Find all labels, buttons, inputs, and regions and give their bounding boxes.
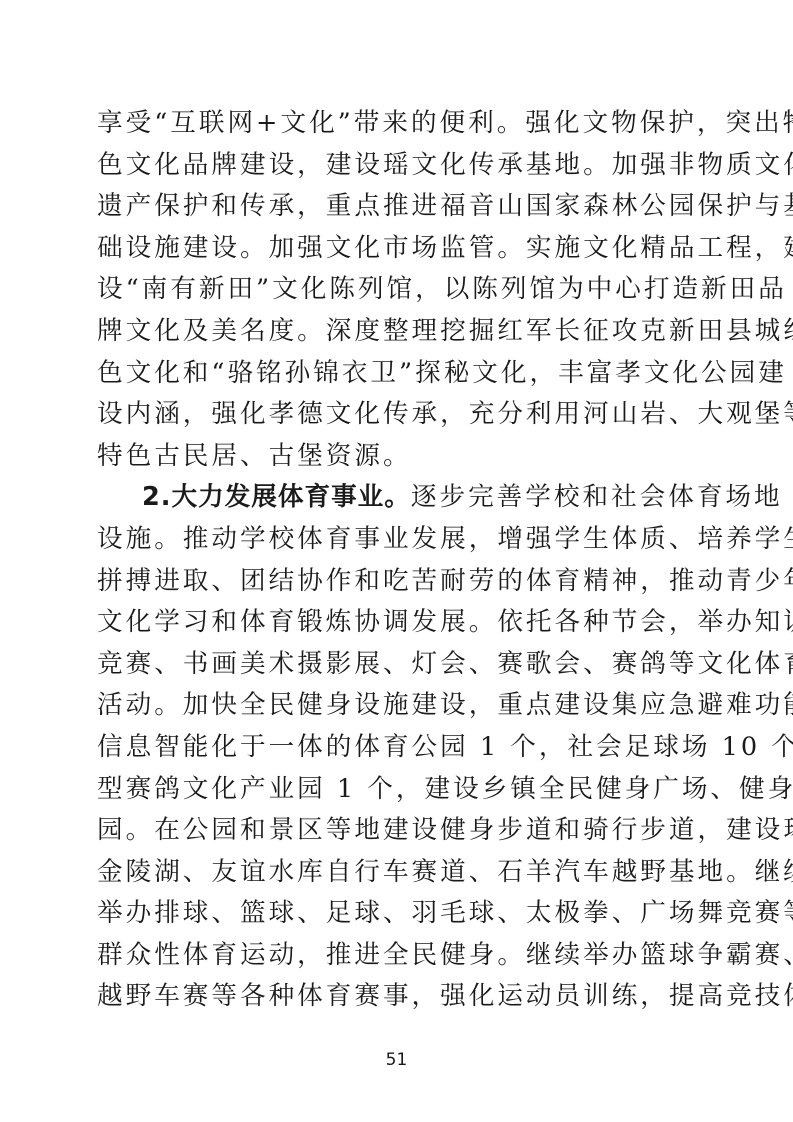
paragraph-sports: 2.大力发展体育事业。逐步完善学校和社会体育场地 设施。推动学校体育事业发展，增… [97, 477, 703, 1018]
text-line: 群众性体育运动，推进全民健身。继续举办篮球争霸赛、 [97, 935, 703, 977]
text-line: 础设施建设。加强文化市场监管。实施文化精品工程，建 [97, 228, 703, 270]
text-line: 设内涵，强化孝德文化传承，充分利用河山岩、大观堡等 [97, 394, 703, 436]
text-line: 拼搏进取、团结协作和吃苦耐劳的体育精神，推动青少年 [97, 561, 703, 603]
text-line: 牌文化及美名度。深度整理挖掘红军长征攻克新田县城红 [97, 311, 703, 353]
text-line: 竞赛、书画美术摄影展、灯会、赛歌会、赛鸽等文化体育 [97, 644, 703, 686]
text-line: 金陵湖、友谊水库自行车赛道、石羊汽车越野基地。继续 [97, 852, 703, 894]
body-text: 享受“互联网+文化”带来的便利。强化文物保护，突出特 色文化品牌建设，建设瑶文化… [97, 103, 703, 1018]
document-page: 享受“互联网+文化”带来的便利。强化文物保护，突出特 色文化品牌建设，建设瑶文化… [0, 0, 793, 1122]
text-line: 享受“互联网+文化”带来的便利。强化文物保护，突出特 [97, 103, 703, 145]
text-line: 越野车赛等各种体育赛事，强化运动员训练，提高竞技体 [97, 976, 703, 1018]
paragraph-culture: 享受“互联网+文化”带来的便利。强化文物保护，突出特 色文化品牌建设，建设瑶文化… [97, 103, 703, 477]
text-line: 设施。推动学校体育事业发展，增强学生体质、培养学生 [97, 519, 703, 561]
heading-line-text: 逐步完善学校和社会体育场地 [411, 482, 783, 512]
text-line: 设“南有新田”文化陈列馆，以陈列馆为中心打造新田品 [97, 269, 703, 311]
section-heading: 2.大力发展体育事业。 [142, 482, 411, 512]
text-line: 型赛鸽文化产业园 1 个，建设乡镇全民健身广场、健身公 [97, 769, 703, 811]
text-line: 园。在公园和景区等地建设健身步道和骑行步道，建设环 [97, 810, 703, 852]
text-line: 文化学习和体育锻炼协调发展。依托各种节会，举办知识 [97, 602, 703, 644]
text-line: 遗产保护和传承，重点推进福音山国家森林公园保护与基 [97, 186, 703, 228]
text-line: 特色古民居、古堡资源。 [97, 436, 703, 478]
text-line: 信息智能化于一体的体育公园 1 个，社会足球场 10 个，大 [97, 727, 703, 769]
text-line: 举办排球、篮球、足球、羽毛球、太极拳、广场舞竞赛等 [97, 893, 703, 935]
text-line: 色文化品牌建设，建设瑶文化传承基地。加强非物质文化 [97, 145, 703, 187]
page-number: 51 [0, 1050, 793, 1070]
text-line: 活动。加快全民健身设施建设，重点建设集应急避难功能、 [97, 685, 703, 727]
text-line: 色文化和“骆铭孙锦衣卫”探秘文化，丰富孝文化公园建 [97, 353, 703, 395]
text-line-with-heading: 2.大力发展体育事业。逐步完善学校和社会体育场地 [97, 477, 703, 519]
